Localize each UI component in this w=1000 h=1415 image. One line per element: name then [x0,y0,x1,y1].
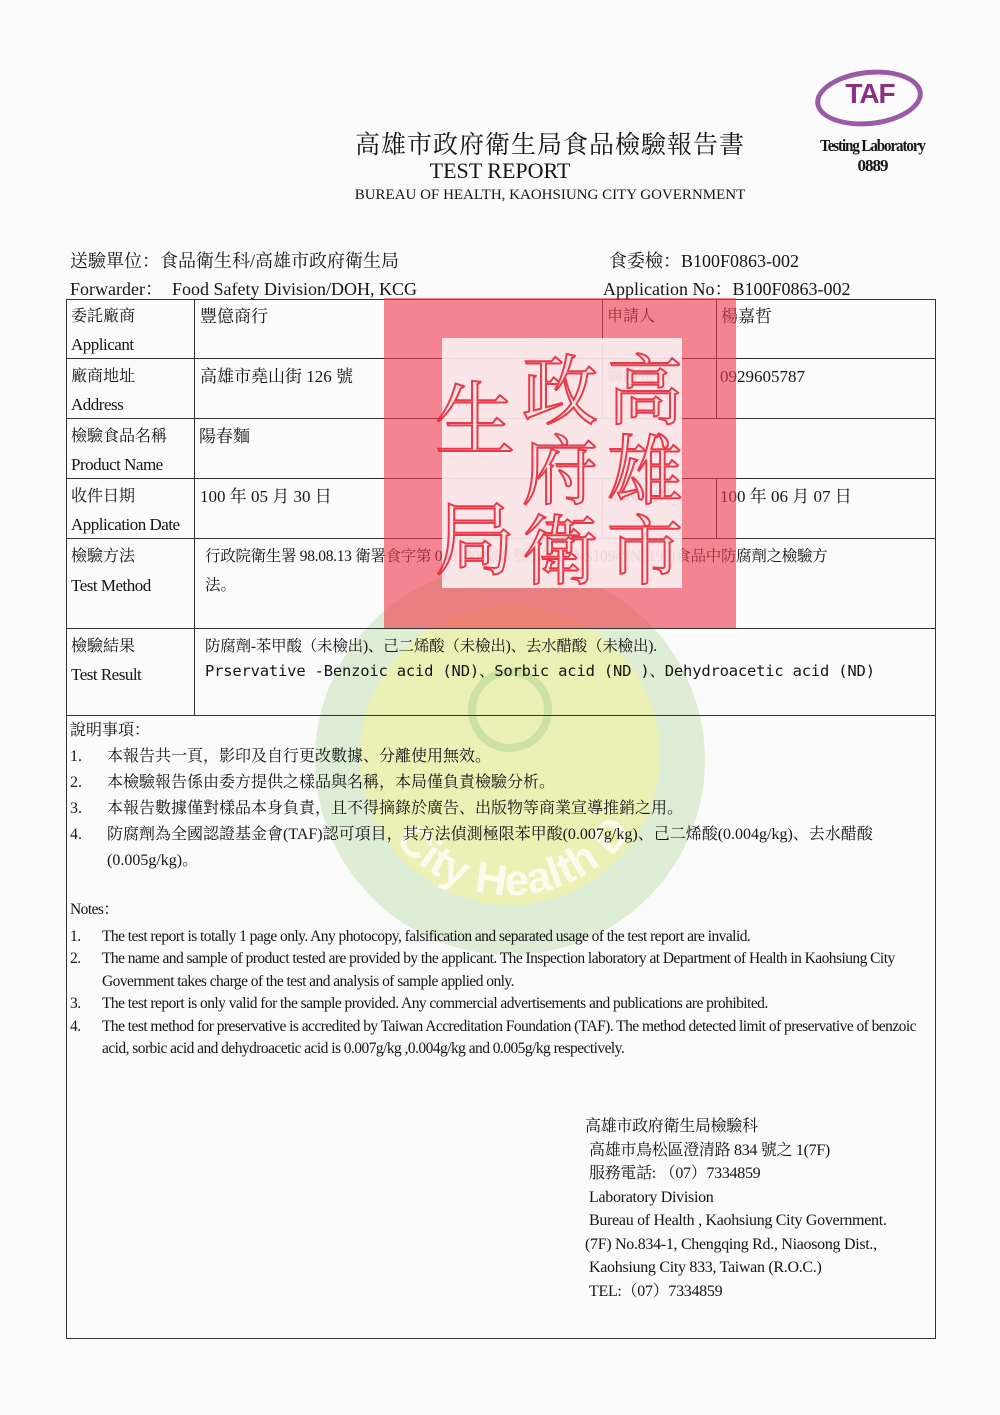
completion-date-label: 完成日期 [606,483,670,511]
notes-zh: 說明事項： 1.本報告共一頁，影印及自行更改數據、分離使用無效。 2.本檢驗報告… [70,718,940,874]
application-no-zh: 食委檢：B100F0863-002 [609,247,799,273]
test-result-label-en: Test Result [71,661,141,689]
product-label-zh: 檢驗食品名稱 [71,423,167,451]
application-date-label-en: Application Date [71,511,180,539]
test-result-label-zh: 檢驗結果 [71,633,135,661]
notes-en-item: 2.The name and sample of product tested … [70,948,934,993]
applicant-value: 豐億商行 [200,303,268,331]
footer-line: 服務電話: （07）7334859 [585,1162,887,1186]
footer-line: (7F) No.834-1, Chengqing Rd., Niaosong D… [585,1233,887,1257]
application-date-value: 100 年 05 月 30 日 [200,483,332,511]
lab-address-block: 高雄市政府衛生局檢驗科 高雄市鳥松區澄清路 834 號之 1(7F) 服務電話:… [585,1115,887,1303]
notes-en-item: 4.The test method for preservative is ac… [70,1016,934,1061]
completion-date-value: 100 年 06 月 07 日 [720,483,852,511]
applicant-label-en: Applicant [71,331,134,359]
notes-zh-item: 3.本報告數據僅對樣品本身負責，且不得摘錄於廣告、出版物等商業宣導推銷之用。 [70,796,940,822]
notes-en-item: 1.The test report is totally 1 page only… [70,926,940,949]
report-title-en: TEST REPORT [335,158,665,184]
footer-line: Laboratory Division [585,1186,887,1210]
notes-en-item: 3.The test report is only valid for the … [70,993,940,1016]
address-label-en: Address [71,391,123,419]
footer-line: Bureau of Health , Kaohsiung City Govern… [585,1209,887,1233]
test-method-value-line2: 法。 [205,572,236,600]
address-label-zh: 廠商地址 [71,363,135,391]
forwarder-en: Forwarder： Food Safety Division/DOH, KCG [70,275,417,301]
application-date-label-zh: 收件日期 [71,483,135,511]
test-method-label-en: Test Method [71,572,151,600]
forwarder-zh: 送驗單位：食品衛生科/高雄市政府衛生局 [70,247,399,273]
taf-label: Testing Laboratory [813,136,932,156]
report-subtitle: BUREAU OF HEALTH, KAOHSIUNG CITY GOVERNM… [330,187,770,204]
footer-line: TEL:（07）7334859 [585,1280,887,1304]
notes-zh-item: 2.本檢驗報告係由委方提供之樣品與名稱，本局僅負責檢驗分析。 [70,770,940,796]
phone-label: 聯絡電話 [607,363,671,391]
report-title-zh: 高雄市政府衛生局食品檢驗報告書 [355,125,745,161]
application-no-en: Application No：B100F0863-002 [603,275,851,301]
taf-logo: TAF Testing Laboratory 0889 [805,62,935,187]
taf-number: 0889 [805,156,940,176]
notes-zh-item: 1.本報告共一頁，影印及自行更改數據、分離使用無效。 [70,744,940,770]
footer-line: Kaohsiung City 833, Taiwan (R.O.C.) [585,1256,887,1280]
footer-line: 高雄市政府衛生局檢驗科 [585,1115,887,1139]
test-method-value-line1: 行政院衛生署 98.08.13 衛署食字第 0981800288 號公告(CNS… [205,543,827,571]
notes-zh-heading: 說明事項： [70,718,940,744]
notes-zh-item: 4.防腐劑為全國認證基金會(TAF)認可項目，其方法偵測極限苯甲酸(0.007g… [70,822,932,874]
product-value: 陽春麵 [199,423,250,451]
test-method-label-zh: 檢驗方法 [71,543,135,571]
requester-label: 申請人 [607,303,655,331]
taf-mark: TAF [827,78,913,110]
phone-value: 0929605787 [720,363,805,391]
requester-value: 楊嘉哲 [721,303,772,331]
notes-en: Notes： 1.The test report is totally 1 pa… [70,899,940,1061]
product-label-en: Product Name [71,451,163,479]
notes-en-heading: Notes： [70,899,940,922]
address-value: 高雄市堯山街 126 號 [200,363,353,391]
applicant-label-zh: 委託廠商 [71,303,135,331]
test-result-value-en: Prservative -Benzoic acid (ND)、Sorbic ac… [205,657,875,685]
footer-line: 高雄市鳥松區澄清路 834 號之 1(7F) [585,1139,887,1163]
